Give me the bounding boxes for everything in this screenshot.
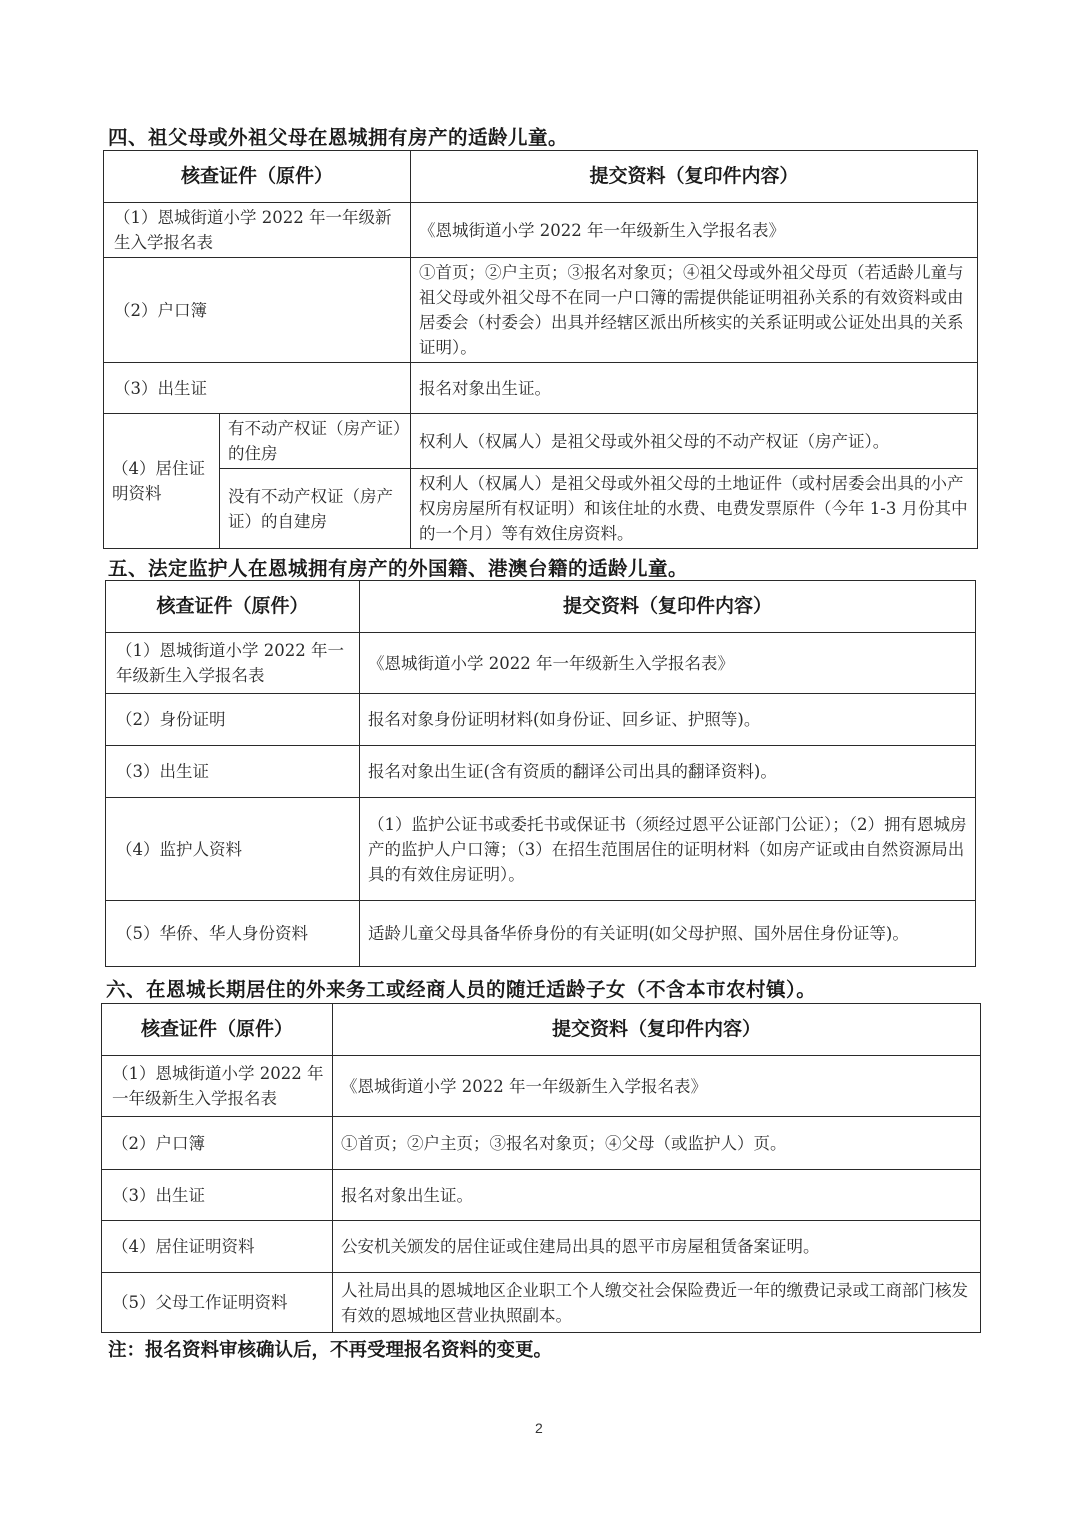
- header-submit: 提交资料（复印件内容）: [333, 1004, 981, 1056]
- row-submit: 报名对象出生证。: [411, 363, 978, 414]
- row-submit: 报名对象出生证。: [333, 1170, 981, 1221]
- row-submit: 公安机关颁发的居住证或住建局出具的恩平市房屋租赁备案证明。: [333, 1221, 981, 1273]
- page-number: 2: [535, 1420, 543, 1436]
- residence-type: 有不动产权证（房产证）的住房: [220, 414, 411, 469]
- row-check: （5）华侨、华人身份资料: [106, 901, 360, 967]
- row-submit: 权利人（权属人）是祖父母或外祖父母的土地证件（或村居委会出具的小产权房房屋所有权…: [411, 469, 978, 549]
- row-submit: ①首页；②户主页；③报名对象页；④父母（或监护人）页。: [333, 1117, 981, 1170]
- row-check: （4）监护人资料: [106, 798, 360, 901]
- row-submit: 报名对象出生证(含有资质的翻译公司出具的翻译资料)。: [360, 746, 976, 798]
- row-submit: （1）监护公证书或委托书或保证书（须经过恩平公证部门公证）；（2）拥有恩城房产的…: [360, 798, 976, 901]
- row-check: （1）恩城街道小学 2022 年一年级新生入学报名表: [102, 1056, 333, 1117]
- row-check: （4）居住证明资料: [102, 1221, 333, 1273]
- row-check: （1）恩城街道小学 2022 年一年级新生入学报名表: [104, 203, 411, 258]
- row-submit: 《恩城街道小学 2022 年一年级新生入学报名表》: [333, 1056, 981, 1117]
- residence-type: 没有不动产权证（房产证）的自建房: [220, 469, 411, 549]
- row-submit: 适龄儿童父母具备华侨身份的有关证明(如父母护照、国外居住身份证等)。: [360, 901, 976, 967]
- row-check: （3）出生证: [106, 746, 360, 798]
- header-submit: 提交资料（复印件内容）: [360, 581, 976, 633]
- header-check: 核查证件（原件）: [102, 1004, 333, 1056]
- row-check: （3）出生证: [102, 1170, 333, 1221]
- row-submit: 《恩城街道小学 2022 年一年级新生入学报名表》: [411, 203, 978, 258]
- row-submit: ①首页；②户主页；③报名对象页；④祖父母或外祖父母页（若适龄儿童与祖父母或外祖父…: [411, 258, 978, 363]
- row-check: （1）恩城街道小学 2022 年一年级新生入学报名表: [106, 633, 360, 694]
- header-submit: 提交资料（复印件内容）: [411, 151, 978, 203]
- section4-title: 四、祖父母或外祖父母在恩城拥有房产的适龄儿童。: [108, 122, 568, 150]
- section4-table: 核查证件（原件） 提交资料（复印件内容） （1）恩城街道小学 2022 年一年级…: [103, 150, 978, 549]
- row-check: （2）身份证明: [106, 694, 360, 746]
- row-check: （2）户口簿: [102, 1117, 333, 1170]
- row-check: （2）户口簿: [104, 258, 411, 363]
- row-check: （5）父母工作证明资料: [102, 1273, 333, 1333]
- row-submit: 《恩城街道小学 2022 年一年级新生入学报名表》: [360, 633, 976, 694]
- section6-table: 核查证件（原件） 提交资料（复印件内容） （1）恩城街道小学 2022 年一年级…: [101, 1003, 981, 1333]
- row-submit: 人社局出具的恩城地区企业职工个人缴交社会保险费近一年的缴费记录或工商部门核发有效…: [333, 1273, 981, 1333]
- section5-table: 核查证件（原件） 提交资料（复印件内容） （1）恩城街道小学 2022 年一年级…: [105, 580, 976, 967]
- row-check: （3）出生证: [104, 363, 411, 414]
- row-submit: 权利人（权属人）是祖父母或外祖父母的不动产权证（房产证）。: [411, 414, 978, 469]
- section6-title: 六、在恩城长期居住的外来务工或经商人员的随迁适龄子女（不含本市农村镇）。: [106, 974, 816, 1002]
- section5-title: 五、法定监护人在恩城拥有房产的外国籍、港澳台籍的适龄儿童。: [108, 553, 688, 581]
- note: 注：报名资料审核确认后，不再受理报名资料的变更。: [108, 1336, 552, 1362]
- header-check: 核查证件（原件）: [104, 151, 411, 203]
- row-submit: 报名对象身份证明材料(如身份证、回乡证、护照等)。: [360, 694, 976, 746]
- header-check: 核查证件（原件）: [106, 581, 360, 633]
- residence-label: （4）居住证明资料: [104, 414, 220, 549]
